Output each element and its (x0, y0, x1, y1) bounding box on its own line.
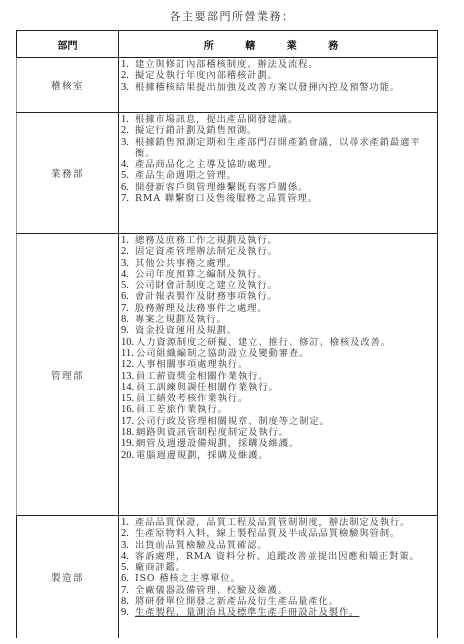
duty-number: 6. (121, 182, 135, 193)
duty-text: 固定資產管理辦法制定及執行。 (135, 246, 437, 257)
duties-cell: 1.總務及庶務工作之規劃及執行。2.固定資產管理辦法制定及執行。3.其他公共事務… (119, 234, 438, 516)
duty-item: 2.固定資產管理辦法制定及執行。 (121, 246, 437, 257)
duty-text: 專案之規劃及執行。 (135, 314, 437, 325)
duty-number: 6. (121, 291, 135, 302)
duty-number: 2. (121, 246, 135, 257)
duty-text: 網管及週邊設備規劃，採購及維護。 (136, 438, 437, 449)
duty-item: 6.會計報表製作及財務事項執行。 (121, 291, 437, 302)
duty-item: 1.產品品質保證，品質工程及品質管制制度，辦法制定及執行。 (121, 517, 437, 528)
duty-number: 19. (121, 438, 136, 449)
duty-text: 員工訓練與調任相關作業執行。 (136, 382, 437, 393)
duty-text: 產品品質保證，品質工程及品質管制制度，辦法制定及執行。 (135, 517, 437, 528)
duty-text: 公司財會計制度之建立及執行。 (135, 280, 437, 291)
duty-item: 1.建立與修訂內部稽核制度、辦法及流程。 (121, 59, 437, 70)
department-cell: 稽核室 (17, 58, 119, 113)
duty-item: 5.公司財會計制度之建立及執行。 (121, 280, 437, 291)
duty-text: 公司組織編制之協助設立及變動審查。 (136, 348, 437, 359)
duty-number: 10. (121, 337, 136, 348)
table-body: 稽核室 1.建立與修訂內部稽核制度、辦法及流程。2.擬定及執行年度內部稽核計劃。… (17, 58, 438, 639)
duty-number: 13. (121, 371, 136, 382)
duty-text: 根據銷售預測定期和生產部門召開產銷會議，以尋求產銷最適平衡。 (135, 137, 437, 160)
duty-item: 14.員工訓練與調任相關作業執行。 (121, 382, 437, 393)
table-row: 管理部 1.總務及庶務工作之規劃及執行。2.固定資產管理辦法制定及執行。3.其他… (17, 234, 438, 516)
duty-item: 2.擬定及執行年度內部稽核計劃。 (121, 70, 437, 81)
duty-list: 1.根據市場訊息，提出產品開發建議。2.擬定行銷計劃及銷售預測。3.根據銷售預測… (121, 114, 437, 204)
duties-cell: 1.建立與修訂內部稽核制度、辦法及流程。2.擬定及執行年度內部稽核計劃。3.根據… (119, 58, 438, 113)
duty-item: 19.網管及週邊設備規劃，採購及維護。 (121, 438, 437, 449)
duty-text: 總務及庶務工作之規劃及執行。 (135, 235, 437, 246)
duty-item: 16.員工差旅作業執行。 (121, 404, 437, 415)
duty-number: 9. (121, 607, 135, 618)
duty-number: 3. (121, 82, 135, 93)
duty-number: 8. (121, 596, 135, 607)
duty-number: 4. (121, 159, 135, 170)
duty-number: 20. (121, 450, 136, 461)
duty-number: 1. (121, 517, 135, 528)
duty-number: 16. (121, 404, 136, 415)
duty-number: 3. (121, 137, 135, 160)
duty-item: 8.將研發單位開發之新產品及衍生產品量產化。 (121, 596, 437, 607)
duty-item: 4.產品商品化之主導及協助處理。 (121, 159, 437, 170)
duty-number: 14. (121, 382, 136, 393)
duty-number: 15. (121, 393, 136, 404)
duty-number: 8. (121, 314, 135, 325)
duty-number: 1. (121, 114, 135, 125)
duty-number: 5. (121, 170, 135, 181)
duty-number: 7. (121, 193, 135, 204)
duty-item: 1.總務及庶務工作之規劃及執行。 (121, 235, 437, 246)
duty-number: 4. (121, 551, 135, 562)
department-cell: 製造部 (17, 516, 119, 639)
duty-number: 9. (121, 325, 135, 336)
duty-number: 2. (121, 528, 135, 539)
duty-item: 7.RMA 聯繫窗口及售後服務之品質管理。 (121, 193, 437, 204)
header-duties: 所 轄 業 務 (119, 31, 438, 58)
duty-item: 18.網路與資訊管制程度制定及執行。 (121, 427, 437, 438)
duty-item: 15.員工績效考核作業執行。 (121, 393, 437, 404)
table-row: 業務部 1.根據市場訊息，提出產品開發建議。2.擬定行銷計劃及銷售預測。3.根據… (17, 113, 438, 234)
duty-number: 3. (121, 258, 135, 269)
duty-text: 產品生命週期之管理。 (135, 170, 437, 181)
duty-text: 生產原物料入料，線上製程品質及半成品品質檢驗與管制。 (135, 528, 437, 539)
duty-text: 產品商品化之主導及協助處理。 (135, 159, 437, 170)
header-department: 部門 (17, 31, 119, 58)
duty-item: 1.根據市場訊息，提出產品開發建議。 (121, 114, 437, 125)
duty-item: 6.ISO 稽核之主導單位。 (121, 573, 437, 584)
duty-item: 9.資金投資運用及規劃。 (121, 325, 437, 336)
duty-number: 11. (121, 348, 136, 359)
duty-number: 1. (121, 59, 135, 70)
duty-item: 11.公司組織編制之協助設立及變動審查。 (121, 348, 437, 359)
duty-number: 7. (121, 303, 135, 314)
page-title: 各主要部門所營業務： (0, 8, 464, 24)
duty-text: 根據市場訊息，提出產品開發建議。 (135, 114, 437, 125)
duty-text: 生產製程，量測治具及標準生產手冊設計及製作。 (135, 607, 437, 618)
duty-item: 3.根據稽核結果提出加強及改善方案以發揮內控及預警功能。 (121, 82, 437, 93)
duty-item: 13.員工薪資獎金相關作業執行。 (121, 371, 437, 382)
duty-item: 5.廠商評鑑。 (121, 562, 437, 573)
duty-item: 4.公司年度預算之編制及執行。 (121, 269, 437, 280)
duty-text: 網路與資訊管制程度制定及執行。 (136, 427, 437, 438)
duty-item: 17.公司行政及管理相關規章、制度等之制定。 (121, 416, 437, 427)
duty-text: 出貨前品質檢驗及品質確認。 (135, 540, 437, 551)
department-cell: 管理部 (17, 234, 119, 516)
duty-text: 其他公共事務之處理。 (135, 258, 437, 269)
department-cell: 業務部 (17, 113, 119, 234)
duty-item: 20.電腦週邊規劃，採購及維護。 (121, 450, 437, 461)
duty-text: 建立與修訂內部稽核制度、辦法及流程。 (135, 59, 437, 70)
duty-text: RMA 聯繫窗口及售後服務之品質管理。 (135, 193, 437, 204)
duty-list: 1.產品品質保證，品質工程及品質管制制度，辦法制定及執行。2.生產原物料入料，線… (121, 517, 437, 619)
duty-text: 員工差旅作業執行。 (136, 404, 437, 415)
duty-item: 4.客訴處理，RMA 資料分析、追蹤改善並提出因應和矯正對策。 (121, 551, 437, 562)
duty-number: 18. (121, 427, 136, 438)
duty-text: 人力資源制度之研擬、建立、推行、修訂、檢核及改善。 (136, 337, 437, 348)
duty-text: 公司行政及管理相關規章、制度等之制定。 (136, 416, 437, 427)
duty-item: 7.股務辦理及法務事件之處理。 (121, 303, 437, 314)
duty-number: 2. (121, 125, 135, 136)
duties-cell: 1.產品品質保證，品質工程及品質管制制度，辦法制定及執行。2.生產原物料入料，線… (119, 516, 438, 639)
duty-text: ISO 稽核之主導單位。 (135, 573, 437, 584)
duty-item: 9.生產製程，量測治具及標準生產手冊設計及製作。 (121, 607, 437, 618)
duty-text: 會計報表製作及財務事項執行。 (135, 291, 437, 302)
duty-text: 客訴處理，RMA 資料分析、追蹤改善並提出因應和矯正對策。 (135, 551, 437, 562)
duty-item: 3.出貨前品質檢驗及品質確認。 (121, 540, 437, 551)
duty-text: 人事相關事項處理執行。 (136, 359, 437, 370)
duty-number: 7. (121, 585, 135, 596)
duty-text: 電腦週邊規劃，採購及維護。 (136, 450, 437, 461)
duty-text: 全廠儀器設備管理、校驗及維護。 (135, 585, 437, 596)
duty-number: 1. (121, 235, 135, 246)
duty-text: 資金投資運用及規劃。 (135, 325, 437, 336)
duty-text: 股務辦理及法務事件之處理。 (135, 303, 437, 314)
duty-text: 公司年度預算之編制及執行。 (135, 269, 437, 280)
duty-text: 擬定行銷計劃及銷售預測。 (135, 125, 437, 136)
duty-item: 3.根據銷售預測定期和生產部門召開產銷會議，以尋求產銷最適平衡。 (121, 137, 437, 160)
duty-item: 8.專案之規劃及執行。 (121, 314, 437, 325)
duty-text: 員工績效考核作業執行。 (136, 393, 437, 404)
duty-number: 4. (121, 269, 135, 280)
duty-text: 廠商評鑑。 (135, 562, 437, 573)
duty-text: 擬定及執行年度內部稽核計劃。 (135, 70, 437, 81)
duties-cell: 1.根據市場訊息，提出產品開發建議。2.擬定行銷計劃及銷售預測。3.根據銷售預測… (119, 113, 438, 234)
duty-item: 5.產品生命週期之管理。 (121, 170, 437, 181)
duty-item: 2.擬定行銷計劃及銷售預測。 (121, 125, 437, 136)
duty-list: 1.總務及庶務工作之規劃及執行。2.固定資產管理辦法制定及執行。3.其他公共事務… (121, 235, 437, 461)
duty-number: 2. (121, 70, 135, 81)
duty-item: 2.生產原物料入料，線上製程品質及半成品品質檢驗與管制。 (121, 528, 437, 539)
duty-number: 3. (121, 540, 135, 551)
duty-number: 5. (121, 562, 135, 573)
table-header-row: 部門 所 轄 業 務 (17, 31, 438, 58)
duty-item: 3.其他公共事務之處理。 (121, 258, 437, 269)
duty-text: 根據稽核結果提出加強及改善方案以發揮內控及預警功能。 (135, 82, 437, 93)
duty-item: 10.人力資源制度之研擬、建立、推行、修訂、檢核及改善。 (121, 337, 437, 348)
department-duties-table: 部門 所 轄 業 務 稽核室 1.建立與修訂內部稽核制度、辦法及流程。2.擬定及… (16, 30, 438, 638)
duty-item: 7.全廠儀器設備管理、校驗及維護。 (121, 585, 437, 596)
duty-number: 6. (121, 573, 135, 584)
duty-list: 1.建立與修訂內部稽核制度、辦法及流程。2.擬定及執行年度內部稽核計劃。3.根據… (121, 59, 437, 93)
duty-item: 6.開發新客戶與管理維繫既有客戶關係。 (121, 182, 437, 193)
duty-text: 開發新客戶與管理維繫既有客戶關係。 (135, 182, 437, 193)
table-row: 製造部 1.產品品質保證，品質工程及品質管制制度，辦法制定及執行。2.生產原物料… (17, 516, 438, 639)
duty-number: 17. (121, 416, 136, 427)
duty-number: 5. (121, 280, 135, 291)
duty-text: 員工薪資獎金相關作業執行。 (136, 371, 437, 382)
duty-item: 12.人事相關事項處理執行。 (121, 359, 437, 370)
duty-text: 將研發單位開發之新產品及衍生產品量產化。 (135, 596, 437, 607)
table-row: 稽核室 1.建立與修訂內部稽核制度、辦法及流程。2.擬定及執行年度內部稽核計劃。… (17, 58, 438, 113)
duty-number: 12. (121, 359, 136, 370)
